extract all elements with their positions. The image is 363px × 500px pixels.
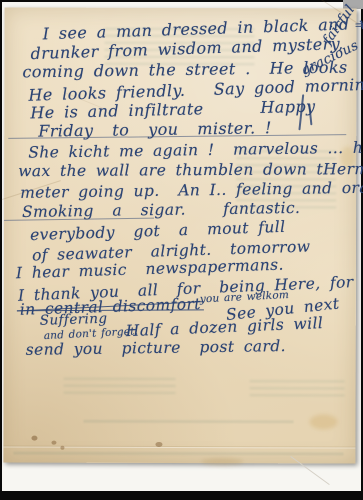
paper-crease — [3, 447, 355, 449]
stain — [201, 458, 243, 465]
handwritten-line: Half a dozen girls will — [125, 314, 323, 340]
handwritten-line: send you picture post card. — [26, 337, 286, 359]
ink-showthrough — [13, 452, 343, 456]
ink-showthrough — [250, 380, 345, 400]
struck-word: wt — [359, 13, 363, 33]
scanned-note-image: I see a man dressed in black and wt gold… — [0, 0, 363, 500]
ink-showthrough — [84, 420, 294, 424]
stain — [60, 446, 64, 450]
paper-sheet: I see a man dressed in black and wt gold… — [3, 8, 356, 464]
handwritten-word: Suffering — [40, 311, 108, 329]
ink-showthrough — [64, 378, 176, 396]
stain — [155, 442, 162, 447]
stain — [309, 414, 337, 429]
stain — [51, 441, 56, 445]
handwritten-line: wax the wall are thumblen down tHermo- — [18, 160, 363, 180]
stain — [31, 436, 37, 441]
